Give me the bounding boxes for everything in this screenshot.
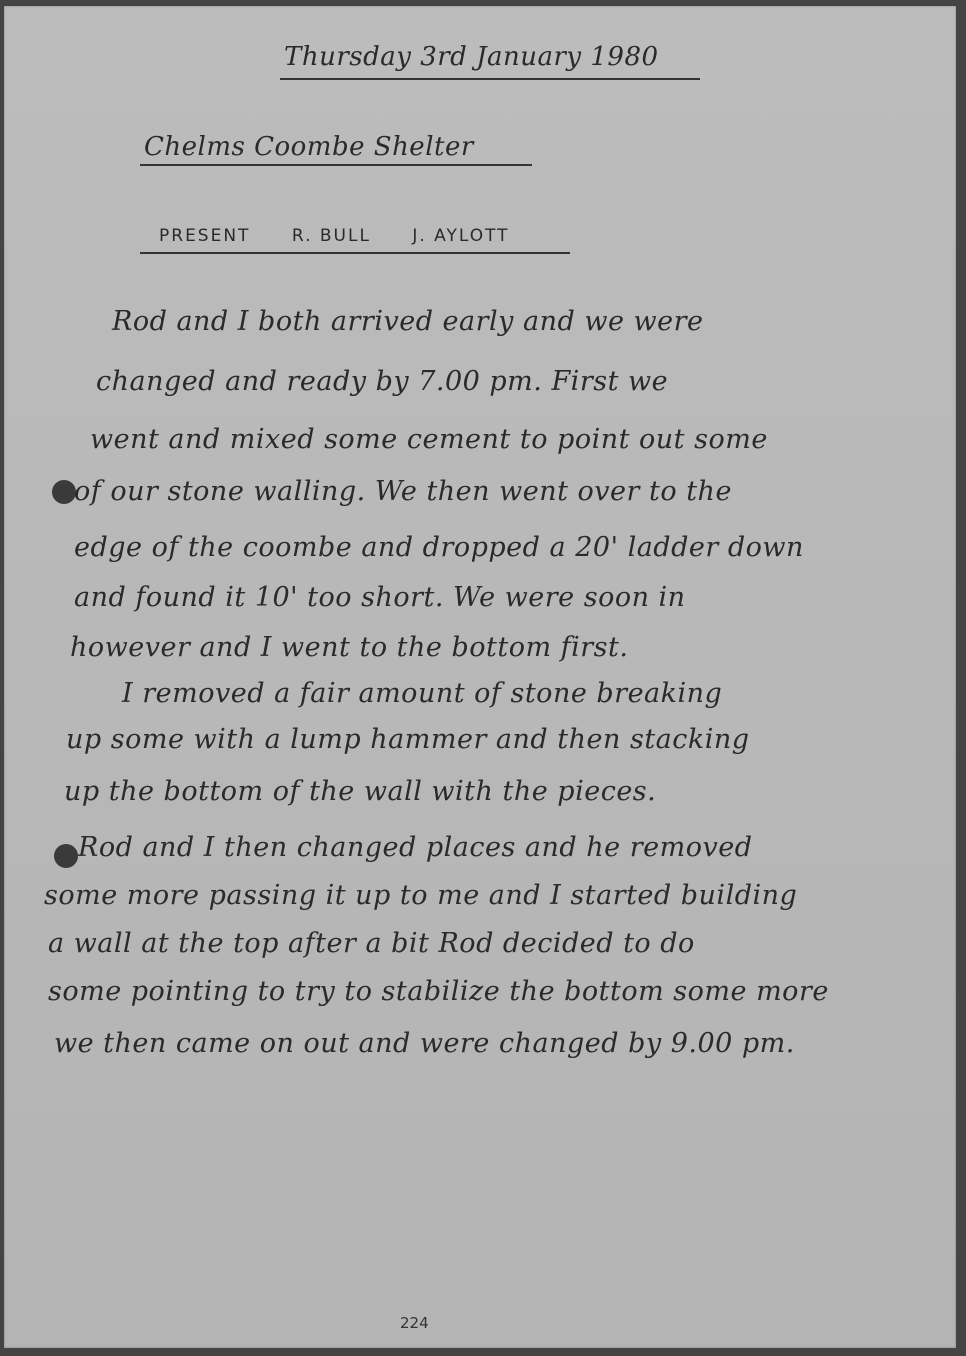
entry-date: Thursday 3rd January 1980 (284, 42, 659, 72)
date-underline (280, 78, 700, 80)
paper-page: Thursday 3rd January 1980 Chelms Coombe … (4, 6, 956, 1348)
body-line: up some with a lump hammer and then stac… (66, 724, 750, 755)
body-line: of our stone walling. We then went over … (74, 476, 732, 507)
scan-frame: Thursday 3rd January 1980 Chelms Coombe … (0, 0, 966, 1356)
present-underline (140, 252, 570, 254)
body-line: went and mixed some cement to point out … (90, 424, 768, 455)
body-line: Rod and I both arrived early and we were (112, 306, 704, 337)
punch-hole-icon (54, 844, 78, 868)
body-line: we then came on out and were changed by … (54, 1028, 795, 1059)
punch-hole-icon (52, 480, 76, 504)
body-line: however and I went to the bottom first. (70, 632, 628, 663)
body-line: a wall at the top after a bit Rod decide… (48, 928, 695, 959)
site-underline (140, 164, 532, 166)
body-line: up the bottom of the wall with the piece… (64, 776, 656, 807)
site-title: Chelms Coombe Shelter (144, 132, 474, 162)
body-line: I removed a fair amount of stone breakin… (122, 678, 722, 709)
body-line: edge of the coombe and dropped a 20' lad… (74, 532, 804, 563)
present-label: PRESENT (159, 226, 250, 246)
page-number: 224 (400, 1314, 429, 1332)
present-line: PRESENT R. BULL J. AYLOTT (159, 226, 544, 246)
body-line: some pointing to try to stabilize the bo… (48, 976, 829, 1007)
body-line: and found it 10' too short. We were soon… (74, 582, 686, 613)
body-line: Rod and I then changed places and he rem… (78, 832, 752, 863)
body-line: some more passing it up to me and I star… (44, 880, 797, 911)
body-line: changed and ready by 7.00 pm. First we (96, 366, 668, 397)
present-name-2: J. AYLOTT (412, 226, 509, 246)
present-name-1: R. BULL (292, 226, 371, 246)
